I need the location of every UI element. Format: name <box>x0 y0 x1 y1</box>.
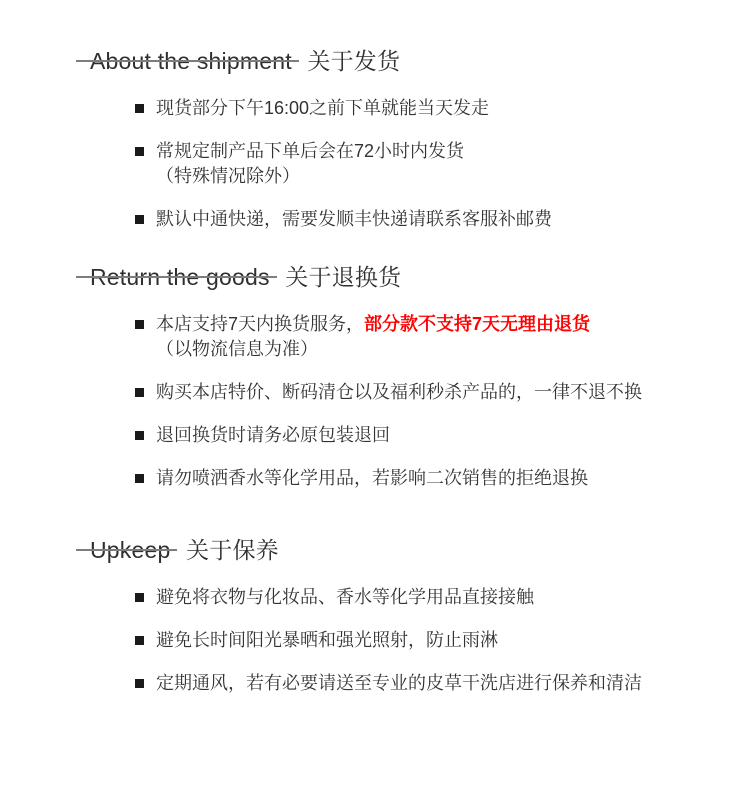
bullet-text: 现货部分下午16:00之前下单就能当天发走 <box>156 96 489 121</box>
list-item: 常规定制产品下单后会在72小时内发货 （特殊情况除外） <box>135 139 710 189</box>
returns-bullet-list: 本店支持7天内换货服务，部分款不支持7天无理由退货 （以物流信息为准） 购买本店… <box>135 312 710 491</box>
section-title-shipment: About the shipment 关于发货 <box>90 46 710 76</box>
list-item: 避免长时间阳光暴晒和强光照射，防止雨淋 <box>135 628 710 653</box>
section-title-shipment-zh: 关于发货 <box>307 48 400 74</box>
bullet-square-icon <box>135 431 144 440</box>
bullet-text: 定期通风，若有必要请送至专业的皮草干洗店进行保养和清洁 <box>156 671 642 696</box>
list-item: 默认中通快递，需要发顺丰快递请联系客服补邮费 <box>135 207 710 232</box>
section-title-shipment-en: About the shipment <box>90 48 292 74</box>
bullet-text-plain: 本店支持7天内换货服务， <box>156 314 364 334</box>
bullet-text: 购买本店特价、断码清仓以及福利秒杀产品的，一律不退不换 <box>156 380 642 405</box>
section-title-returns-zh: 关于退换货 <box>285 264 401 290</box>
bullet-text: 请勿喷洒香水等化学用品，若影响二次销售的拒绝退换 <box>156 466 588 491</box>
bullet-note: （以物流信息为准） <box>156 337 590 362</box>
bullet-text: 本店支持7天内换货服务，部分款不支持7天无理由退货 <box>156 312 590 337</box>
bullet-square-icon <box>135 474 144 483</box>
bullet-text: 避免将衣物与化妆品、香水等化学用品直接接触 <box>156 585 534 610</box>
section-title-returns: Return the goods 关于退换货 <box>90 262 710 292</box>
bullet-square-icon <box>135 104 144 113</box>
shipment-bullet-list: 现货部分下午16:00之前下单就能当天发走 常规定制产品下单后会在72小时内发货… <box>135 96 710 232</box>
bullet-text: 退回换货时请务必原包装退回 <box>156 423 390 448</box>
section-title-shipment-en-wrap: About the shipment <box>90 46 292 76</box>
section-title-returns-en-wrap: Return the goods <box>90 262 270 292</box>
list-item: 退回换货时请务必原包装退回 <box>135 423 710 448</box>
bullet-text-highlight: 部分款不支持7天无理由退货 <box>364 314 590 334</box>
policy-content: About the shipment 关于发货 现货部分下午16:00之前下单就… <box>0 0 750 696</box>
bullet-square-icon <box>135 147 144 156</box>
bullet-square-icon <box>135 636 144 645</box>
bullet-text: 默认中通快递，需要发顺丰快递请联系客服补邮费 <box>156 207 552 232</box>
list-item: 请勿喷洒香水等化学用品，若影响二次销售的拒绝退换 <box>135 466 710 491</box>
product-policy-page: About the shipment 关于发货 现货部分下午16:00之前下单就… <box>0 0 750 800</box>
section-title-upkeep: Upkeep 关于保养 <box>90 535 710 565</box>
list-item: 现货部分下午16:00之前下单就能当天发走 <box>135 96 710 121</box>
bullet-square-icon <box>135 215 144 224</box>
section-title-upkeep-zh: 关于保养 <box>186 537 279 563</box>
bullet-square-icon <box>135 679 144 688</box>
bullet-square-icon <box>135 593 144 602</box>
upkeep-bullet-list: 避免将衣物与化妆品、香水等化学用品直接接触 避免长时间阳光暴晒和强光照射，防止雨… <box>135 585 710 696</box>
list-item: 定期通风，若有必要请送至专业的皮草干洗店进行保养和清洁 <box>135 671 710 696</box>
section-shipment: About the shipment 关于发货 现货部分下午16:00之前下单就… <box>90 46 710 232</box>
bullet-text: 避免长时间阳光暴晒和强光照射，防止雨淋 <box>156 628 498 653</box>
section-upkeep: Upkeep 关于保养 避免将衣物与化妆品、香水等化学用品直接接触 避免长时间阳… <box>90 535 710 696</box>
section-returns: Return the goods 关于退换货 本店支持7天内换货服务，部分款不支… <box>90 262 710 491</box>
list-item: 避免将衣物与化妆品、香水等化学用品直接接触 <box>135 585 710 610</box>
list-item: 购买本店特价、断码清仓以及福利秒杀产品的，一律不退不换 <box>135 380 710 405</box>
bullet-square-icon <box>135 320 144 329</box>
section-title-upkeep-en: Upkeep <box>90 537 170 563</box>
bullet-text: 常规定制产品下单后会在72小时内发货 <box>156 139 464 164</box>
section-title-returns-en: Return the goods <box>90 264 270 290</box>
section-title-upkeep-en-wrap: Upkeep <box>90 535 170 565</box>
bullet-square-icon <box>135 388 144 397</box>
list-item: 本店支持7天内换货服务，部分款不支持7天无理由退货 （以物流信息为准） <box>135 312 710 362</box>
bullet-note: （特殊情况除外） <box>156 164 464 189</box>
